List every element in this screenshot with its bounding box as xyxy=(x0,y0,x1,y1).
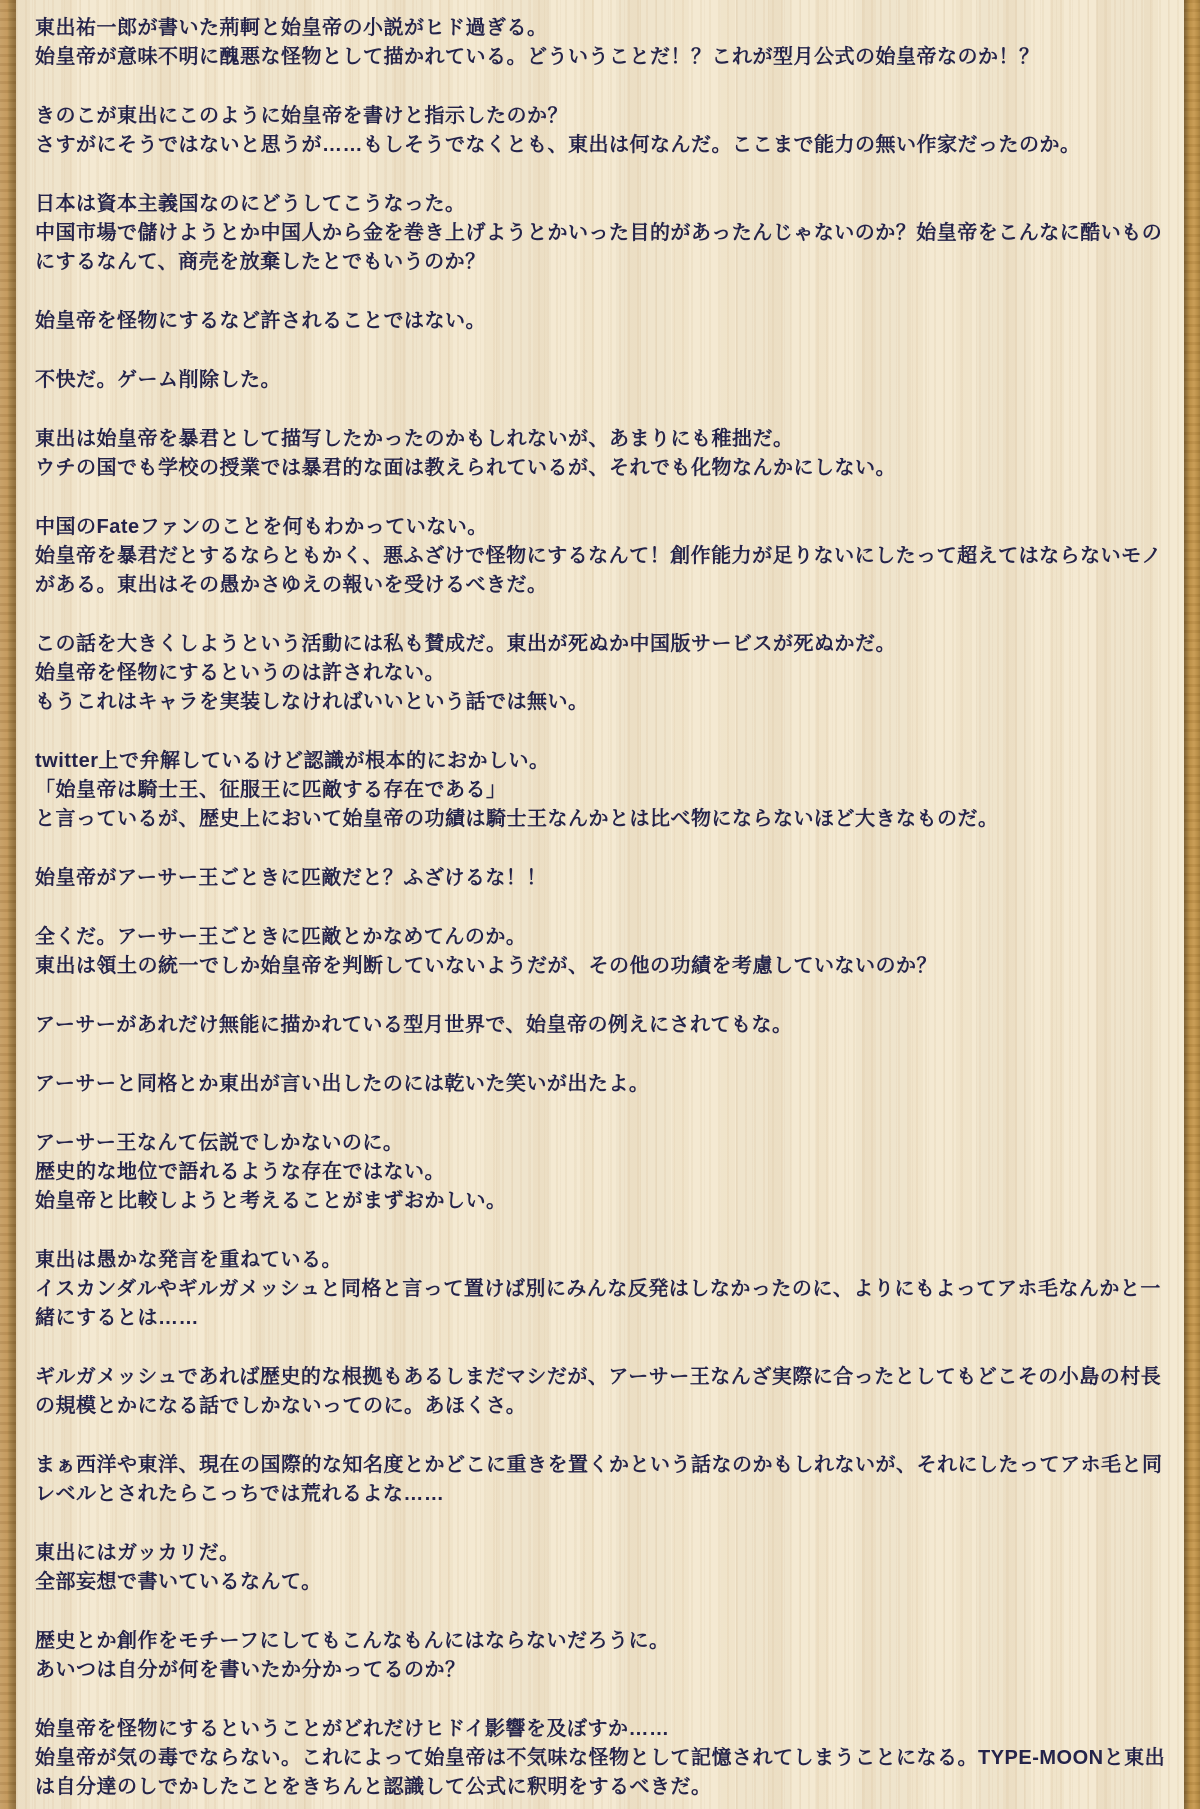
paragraph: 東出は愚かな発言を重ねている。 イスカンダルやギルガメッシュと同格と言って置けば… xyxy=(35,1246,1170,1333)
paragraph: アーサーがあれだけ無能に描かれている型月世界で、始皇帝の例えにされてもな。 xyxy=(35,1011,1170,1040)
paragraph: 中国のFateファンのことを何もわかっていない。 始皇帝を暴君だとするならともか… xyxy=(35,513,1170,600)
wood-frame-right xyxy=(1184,0,1200,1809)
paragraph: アーサーと同格とか東出が言い出したのには乾いた笑いが出たよ。 xyxy=(35,1070,1170,1099)
paragraph: 東出祐一郎が書いた荊軻と始皇帝の小説がヒド過ぎる。 始皇帝が意味不明に醜悪な怪物… xyxy=(35,14,1170,72)
paper-panel: 東出祐一郎が書いた荊軻と始皇帝の小説がヒド過ぎる。 始皇帝が意味不明に醜悪な怪物… xyxy=(16,0,1184,1809)
paragraph: アーサー王なんて伝説でしかないのに。 歴史的な地位で語れるような存在ではない。 … xyxy=(35,1129,1170,1216)
paragraph: 始皇帝を怪物にするということがどれだけヒドイ影響を及ぼすか…… 始皇帝が気の毒で… xyxy=(35,1715,1170,1802)
paragraph: 東出にはガッカリだ。 全部妄想で書いているなんて。 xyxy=(35,1539,1170,1597)
paragraph: 始皇帝を怪物にするなど許されることではない。 xyxy=(35,307,1170,336)
paragraph: まぁ西洋や東洋、現在の国際的な知名度とかどこに重きを置くかという話なのかもしれな… xyxy=(35,1451,1170,1509)
article-text: 東出祐一郎が書いた荊軻と始皇帝の小説がヒド過ぎる。 始皇帝が意味不明に醜悪な怪物… xyxy=(16,0,1184,1809)
paragraph: twitter上で弁解しているけど認識が根本的におかしい。 「始皇帝は騎士王、征… xyxy=(35,747,1170,834)
paragraph: 歴史とか創作をモチーフにしてもこんなもんにはならないだろうに。 あいつは自分が何… xyxy=(35,1627,1170,1685)
paragraph: ギルガメッシュであれば歴史的な根拠もあるしまだマシだが、アーサー王なんざ実際に合… xyxy=(35,1363,1170,1421)
paragraph: 東出は始皇帝を暴君として描写したかったのかもしれないが、あまりにも稚拙だ。 ウチ… xyxy=(35,425,1170,483)
paragraph: きのこが東出にこのように始皇帝を書けと指示したのか？ さすがにそうではないと思う… xyxy=(35,102,1170,160)
paragraph: この話を大きくしようという活動には私も賛成だ。東出が死ぬか中国版サービスが死ぬか… xyxy=(35,630,1170,717)
paragraph: 日本は資本主義国なのにどうしてこうなった。 中国市場で儲けようとか中国人から金を… xyxy=(35,190,1170,277)
paragraph: 始皇帝がアーサー王ごときに匹敵だと？ふざけるな！！ xyxy=(35,864,1170,893)
paragraph: 全くだ。アーサー王ごときに匹敵とかなめてんのか。 東出は領土の統一でしか始皇帝を… xyxy=(35,923,1170,981)
paragraph: 不快だ。ゲーム削除した。 xyxy=(35,366,1170,395)
wood-background: 東出祐一郎が書いた荊軻と始皇帝の小説がヒド過ぎる。 始皇帝が意味不明に醜悪な怪物… xyxy=(0,0,1200,1809)
wood-frame-left xyxy=(0,0,16,1809)
